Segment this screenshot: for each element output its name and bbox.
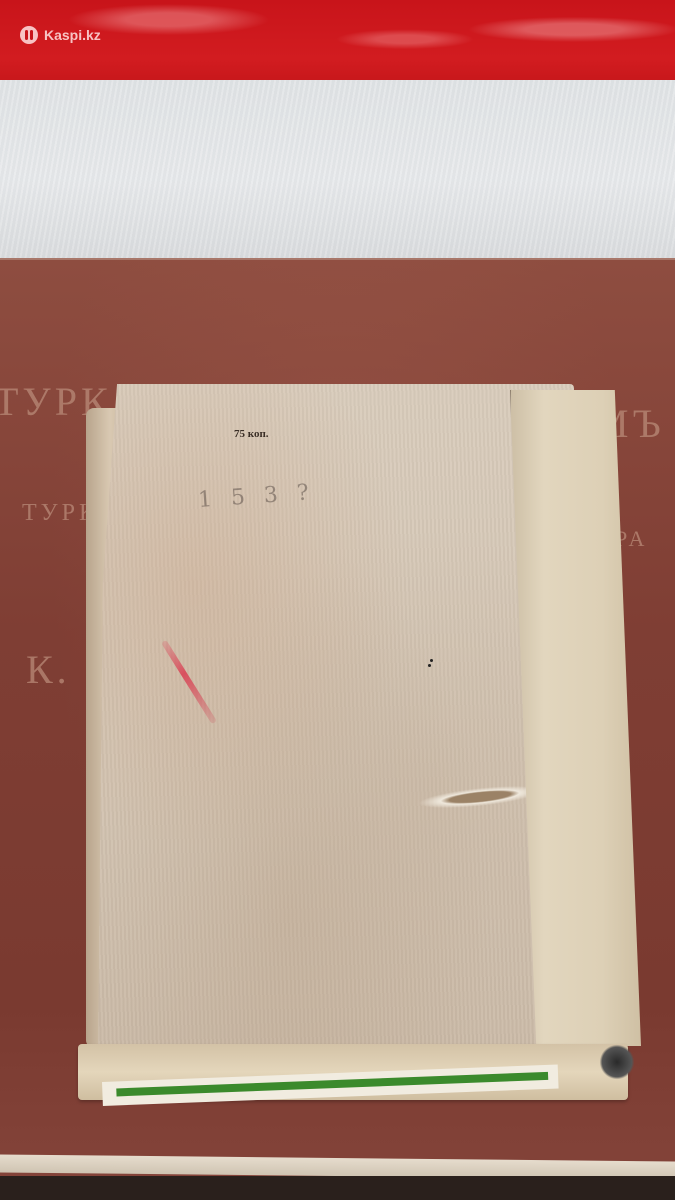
old-book: 75 коп. 1 5 3 ? [78, 384, 642, 1124]
watermark-text: Kaspi.kz [44, 27, 101, 43]
worn-corner [600, 1044, 634, 1080]
kaspi-logo-icon [20, 26, 38, 44]
cover-tear [417, 782, 542, 813]
white-wall [0, 80, 675, 280]
product-photo: ТУРК ОМЪ ТУРК ТОРА К. I " 75 коп. 1 5 3 … [0, 0, 675, 1200]
price-label: 75 коп. [234, 428, 269, 440]
watermark: Kaspi.kz [20, 26, 101, 44]
ink-dots [428, 664, 431, 667]
dark-floor-edge [0, 1176, 675, 1200]
book-back-cover: 75 коп. 1 5 3 ? [98, 384, 574, 1048]
handwritten-mark: 1 5 3 ? [197, 480, 315, 513]
red-pencil-mark [161, 640, 217, 725]
